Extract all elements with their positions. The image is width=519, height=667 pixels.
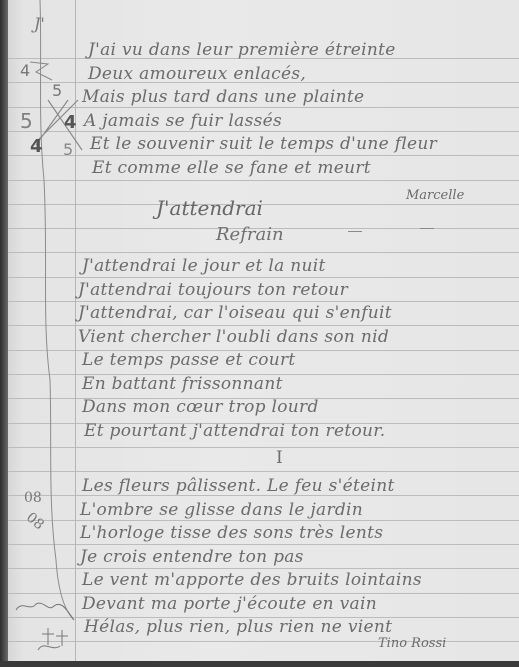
notebook-page: 4 5 5 4 4 5 08 08 J' J'ai vu dans leur p… <box>8 0 519 661</box>
svg-text:4: 4 <box>30 136 43 157</box>
svg-text:4: 4 <box>20 61 30 80</box>
svg-text:5: 5 <box>63 140 73 159</box>
lyric-line: J'attendrai toujours ton retour <box>78 280 348 300</box>
verse-1-signature: Marcelle <box>406 188 464 203</box>
lyric-line: Deux amoureux enlacés, <box>88 64 306 84</box>
verse-number: I <box>276 448 283 468</box>
lyric-line: J'attendrai le jour et la nuit <box>82 256 326 276</box>
lyric-line: Les fleurs pâlissent. Le feu s'éteint <box>82 476 395 496</box>
lyric-line: J'attendrai, car l'oiseau qui s'enfuit <box>78 303 392 323</box>
svg-text:4: 4 <box>64 112 77 133</box>
lyric-line: A jamais se fuir lassés <box>84 111 282 131</box>
lyric-line: Le vent m'apporte des bruits lointains <box>82 570 422 590</box>
lyric-line: En battant frissonnant <box>82 374 283 394</box>
song-title: J'attendrai <box>156 196 263 220</box>
lyric-line: J'ai vu dans leur première étreinte <box>88 40 396 60</box>
page-edge-shadow <box>0 0 8 667</box>
verse-2-signature: Tino Rossi <box>378 636 446 651</box>
svg-text:08: 08 <box>23 510 47 534</box>
lyric-line: Le temps passe et court <box>82 350 296 370</box>
bottom-edge <box>0 661 519 667</box>
lyric-line: Devant ma porte j'écoute en vain <box>82 594 377 614</box>
pencil-dash <box>420 228 434 229</box>
lyric-line: L'horloge tisse des sons très lents <box>80 523 383 543</box>
svg-text:5: 5 <box>52 81 62 100</box>
lyric-line: Hélas, plus rien, plus rien ne vient <box>84 617 392 637</box>
lyric-line: L'ombre se glisse dans le jardin <box>80 500 363 520</box>
page-marker: J' <box>34 14 45 33</box>
lyric-line: Dans mon cœur trop lourd <box>82 397 319 417</box>
lyric-line: Vient chercher l'oubli dans son nid <box>78 327 389 347</box>
lyric-line: Et le souvenir suit le temps d'une fleur <box>90 134 437 154</box>
refrain-heading: Refrain <box>216 224 284 245</box>
svg-text:5: 5 <box>20 109 33 133</box>
svg-text:08: 08 <box>24 490 42 506</box>
lyric-line: Je crois entendre ton pas <box>80 547 304 567</box>
lyric-line: Mais plus tard dans une plainte <box>82 87 364 107</box>
pencil-dash <box>348 231 362 232</box>
margin-pencil-doodles: 4 5 5 4 4 5 08 08 <box>8 0 88 661</box>
lyric-line: Et comme elle se fane et meurt <box>92 158 371 178</box>
lyric-line: Et pourtant j'attendrai ton retour. <box>84 421 386 441</box>
